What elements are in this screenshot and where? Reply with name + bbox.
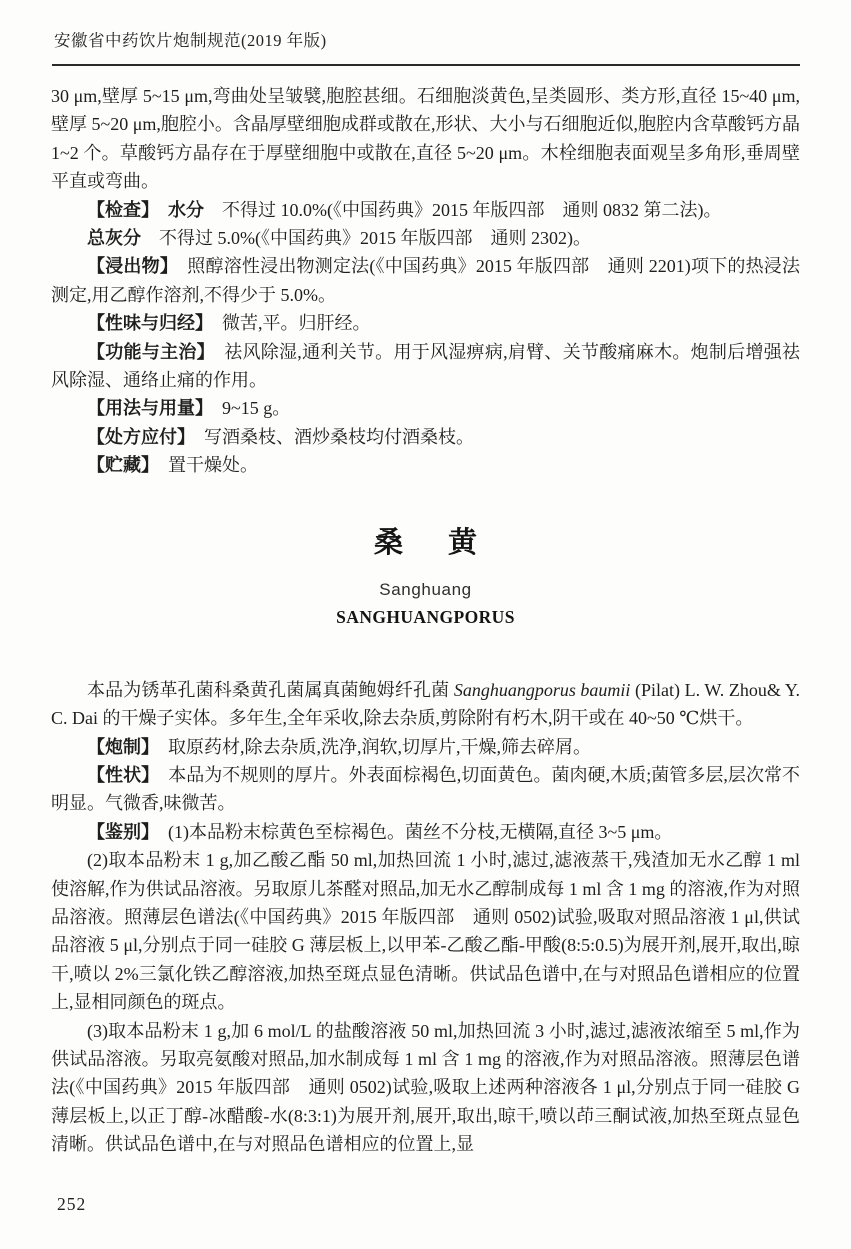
page-number: 252	[57, 1194, 86, 1215]
section-label: 【用法与用量】	[87, 398, 204, 418]
section-label: 【功能与主治】	[87, 342, 206, 362]
section-label: 【性味与归经】	[87, 313, 204, 333]
content: 30 μm,壁厚 5~15 μm,弯曲处呈皱襞,胞腔甚细。石细胞淡黄色,呈类圆形…	[51, 82, 800, 1159]
source-description: 本品为锈革孔菌科桑黄孔菌属真菌鲍姆纤孔菌 Sanghuangporus baum…	[51, 676, 800, 733]
text-run	[150, 200, 168, 220]
continuation-microscopy: 30 μm,壁厚 5~15 μm,弯曲处呈皱襞,胞腔甚细。石细胞淡黄色,呈类圆形…	[51, 82, 800, 196]
text-run: 写酒桑枝、酒炒桑枝均付酒桑枝。	[186, 427, 474, 447]
storage: 【贮藏】 置干燥处。	[51, 451, 800, 479]
dosage: 【用法与用量】 9~15 g。	[51, 394, 800, 422]
text-run: 置干燥处。	[150, 455, 258, 475]
prescription-dispensing: 【处方应付】 写酒桑枝、酒炒桑枝均付酒桑枝。	[51, 423, 800, 451]
text-run: 微苦,平。归肝经。	[204, 313, 371, 333]
running-header: 安徽省中药饮片炮制规范(2019 年版)	[54, 30, 327, 52]
section-label: 【浸出物】	[87, 256, 169, 276]
check-total-ash: 总灰分 不得过 5.0%(《中国药典》2015 年版四部 通则 2302)。	[51, 224, 800, 252]
check-moisture: 【检查】 水分 不得过 10.0%(《中国药典》2015 年版四部 通则 083…	[51, 196, 800, 224]
text-run: 本品为不规则的厚片。外表面棕褐色,切面黄色。菌肉硬,木质;菌管多层,层次常不明显…	[51, 765, 800, 813]
flavor-meridian: 【性味与归经】 微苦,平。归肝经。	[51, 309, 800, 337]
text-run: (2)取本品粉末 1 g,加乙酸乙酯 50 ml,加热回流 1 小时,滤过,滤液…	[51, 850, 800, 1012]
identification-3: (3)取本品粉末 1 g,加 6 mol/L 的盐酸溶液 50 ml,加热回流 …	[51, 1017, 800, 1159]
identification-1: 【鉴别】 (1)本品粉末棕黄色至棕褐色。菌丝不分枝,无横隔,直径 3~5 μm。	[51, 818, 800, 846]
section-label: 总灰分	[87, 228, 141, 248]
pre-title-section: 30 μm,壁厚 5~15 μm,弯曲处呈皱襞,胞腔甚细。石细胞淡黄色,呈类圆形…	[51, 82, 800, 480]
text-run: 9~15 g。	[204, 398, 290, 418]
characteristics: 【性状】 本品为不规则的厚片。外表面棕褐色,切面黄色。菌肉硬,木质;菌管多层,层…	[51, 761, 800, 818]
text-run: 取原药材,除去杂质,洗净,润软,切厚片,干燥,筛去碎屑。	[150, 737, 591, 757]
header-rule	[52, 64, 800, 66]
text-run: 不得过 10.0%(《中国药典》2015 年版四部 通则 0832 第二法)。	[204, 200, 721, 220]
text-run: 本品为锈革孔菌科桑黄孔菌属真菌鲍姆纤孔菌	[87, 680, 454, 700]
monograph-title-chinese: 桑黄	[51, 526, 800, 560]
text-run: 30 μm,壁厚 5~15 μm,弯曲处呈皱襞,胞腔甚细。石细胞淡黄色,呈类圆形…	[51, 86, 800, 191]
extractives: 【浸出物】 照醇溶性浸出物测定法(《中国药典》2015 年版四部 通则 2201…	[51, 252, 800, 309]
processing: 【炮制】 取原药材,除去杂质,洗净,润软,切厚片,干燥,筛去碎屑。	[51, 733, 800, 761]
section-label: 【性状】	[87, 765, 150, 785]
text-run: Sanghuangporus baumii	[454, 680, 631, 700]
monograph-body-section: 本品为锈革孔菌科桑黄孔菌属真菌鲍姆纤孔菌 Sanghuangporus baum…	[51, 676, 800, 1159]
section-label: 【检查】	[87, 200, 150, 220]
monograph-title-pinyin: Sanghuang	[51, 580, 800, 600]
monograph-title-block: 桑黄 Sanghuang SANGHUANGPORUS	[51, 526, 800, 628]
section-label: 【炮制】	[87, 737, 150, 757]
function-indication: 【功能与主治】 祛风除湿,通利关节。用于风湿痹病,肩臂、关节酸痛麻木。炮制后增强…	[51, 338, 800, 395]
section-label: 【贮藏】	[87, 455, 150, 475]
section-label: 水分	[168, 200, 204, 220]
section-label: 【鉴别】	[87, 822, 150, 842]
section-label: 【处方应付】	[87, 427, 186, 447]
text-run: (3)取本品粉末 1 g,加 6 mol/L 的盐酸溶液 50 ml,加热回流 …	[51, 1021, 800, 1155]
text-run: (1)本品粉末棕黄色至棕褐色。菌丝不分枝,无横隔,直径 3~5 μm。	[150, 822, 672, 842]
identification-2: (2)取本品粉末 1 g,加乙酸乙酯 50 ml,加热回流 1 小时,滤过,滤液…	[51, 846, 800, 1016]
monograph-title-latin: SANGHUANGPORUS	[51, 607, 800, 628]
text-run: 不得过 5.0%(《中国药典》2015 年版四部 通则 2302)。	[141, 228, 591, 248]
document-page: 安徽省中药饮片炮制规范(2019 年版) 30 μm,壁厚 5~15 μm,弯曲…	[0, 0, 851, 1249]
